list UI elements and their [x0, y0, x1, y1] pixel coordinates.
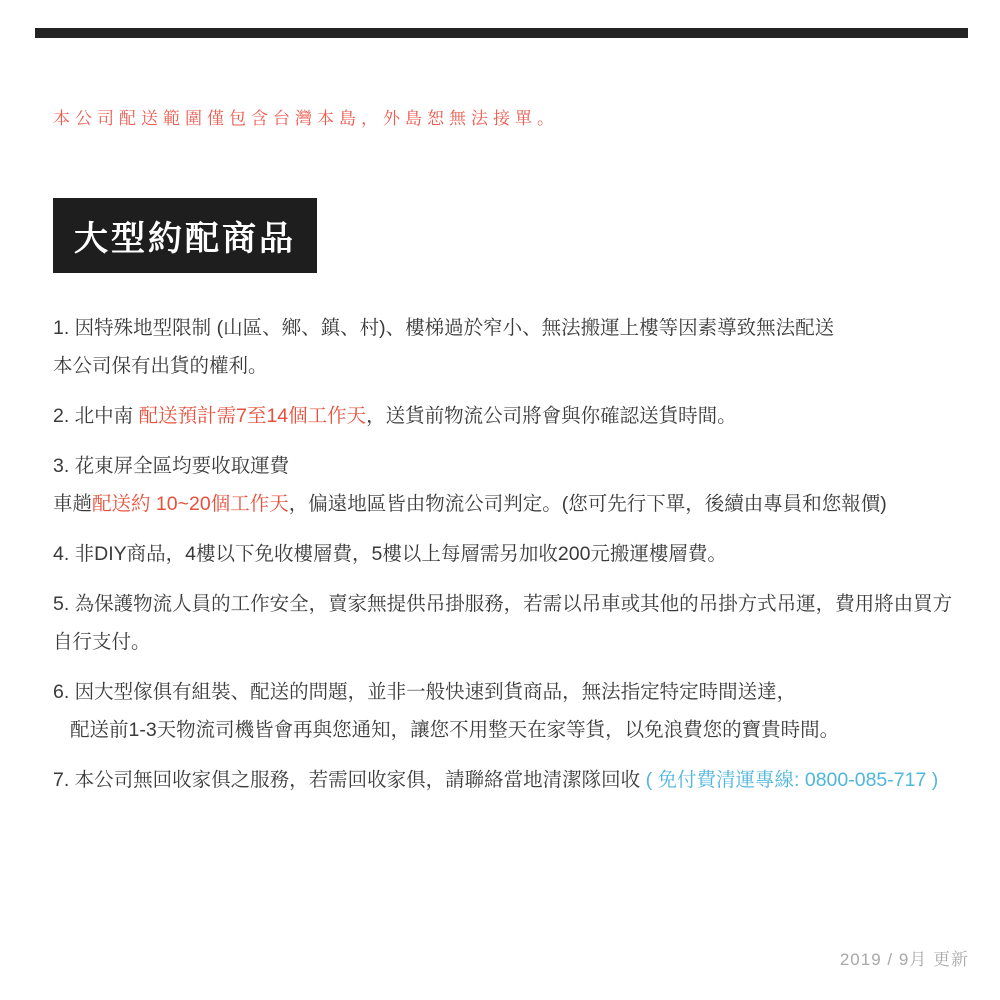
- body-text: ，偏遠地區皆由物流公司判定。(您可先行下單，後續由專員和您報價): [289, 493, 887, 515]
- policy-line: 本公司保有出貨的權利。: [53, 347, 965, 385]
- body-text: 配送前1-3天物流司機皆會再與您通知，讓您不用整天在家等貨，以免浪費您的寶貴時間…: [70, 719, 839, 741]
- body-text: 本公司保有出貨的權利。: [53, 355, 268, 377]
- body-text: 2. 北中南: [53, 405, 139, 427]
- policy-line: 6. 因大型傢俱有組裝、配送的問題，並非一般快速到貨商品，無法指定特定時間送達，: [53, 673, 965, 711]
- policy-item: 1. 因特殊地型限制 (山區、鄉、鎮、村)、樓梯過於窄小、無法搬運上樓等因素導致…: [53, 309, 965, 385]
- last-updated-label: 2019 / 9月 更新: [840, 945, 969, 970]
- top-divider-bar: [35, 28, 968, 38]
- red-highlight-text: 配送約 10~20個工作天: [92, 493, 289, 515]
- policy-item: 4. 非DIY商品，4樓以下免收樓層費，5樓以上每層需另加收200元搬運樓層費。: [53, 535, 965, 573]
- section-title: 大型約配商品: [74, 211, 296, 260]
- policy-line: 自行支付。: [53, 623, 965, 661]
- policy-item: 2. 北中南 配送預計需7至14個工作天，送貨前物流公司將會與你確認送貨時間。: [53, 397, 965, 435]
- delivery-scope-notice: 本公司配送範圍僅包含台灣本島，外島恕無法接單。: [53, 104, 559, 129]
- red-highlight-text: 配送預計需7至14個工作天: [139, 405, 367, 427]
- policy-line: 5. 為保護物流人員的工作安全，賣家無提供吊掛服務，若需以吊車或其他的吊掛方式吊…: [53, 585, 965, 623]
- body-text: 1. 因特殊地型限制 (山區、鄉、鎮、村)、樓梯過於窄小、無法搬運上樓等因素導致…: [53, 317, 834, 339]
- body-text: 7. 本公司無回收家俱之服務，若需回收家俱，請聯絡當地清潔隊回收: [53, 769, 646, 791]
- body-text: ，送貨前物流公司將會與你確認送貨時間。: [366, 405, 737, 427]
- body-text: 自行支付。: [53, 631, 151, 653]
- policy-line: 3. 花東屏全區均要收取運費: [53, 447, 965, 485]
- section-title-box: 大型約配商品: [53, 198, 317, 273]
- policy-line: 4. 非DIY商品，4樓以下免收樓層費，5樓以上每層需另加收200元搬運樓層費。: [53, 535, 965, 573]
- policy-item: 3. 花東屏全區均要收取運費車趟配送約 10~20個工作天，偏遠地區皆由物流公司…: [53, 447, 965, 523]
- policy-item: 5. 為保護物流人員的工作安全，賣家無提供吊掛服務，若需以吊車或其他的吊掛方式吊…: [53, 585, 965, 661]
- body-text: 4. 非DIY商品，4樓以下免收樓層費，5樓以上每層需另加收200元搬運樓層費。: [53, 543, 727, 565]
- policy-list: 1. 因特殊地型限制 (山區、鄉、鎮、村)、樓梯過於窄小、無法搬運上樓等因素導致…: [53, 309, 965, 811]
- policy-line: 車趟配送約 10~20個工作天，偏遠地區皆由物流公司判定。(您可先行下單，後續由…: [53, 485, 965, 523]
- policy-line: 1. 因特殊地型限制 (山區、鄉、鎮、村)、樓梯過於窄小、無法搬運上樓等因素導致…: [53, 309, 965, 347]
- shipping-policy-page: 本公司配送範圍僅包含台灣本島，外島恕無法接單。 大型約配商品 1. 因特殊地型限…: [0, 0, 1000, 1000]
- body-text: 3. 花東屏全區均要收取運費: [53, 455, 289, 477]
- body-text: 5. 為保護物流人員的工作安全，賣家無提供吊掛服務，若需以吊車或其他的吊掛方式吊…: [53, 593, 952, 615]
- blue-highlight-text: ( 免付費清運專線: 0800-085-717 ): [646, 769, 939, 791]
- body-text: 車趟: [53, 493, 92, 515]
- policy-line: 配送前1-3天物流司機皆會再與您通知，讓您不用整天在家等貨，以免浪費您的寶貴時間…: [53, 711, 965, 749]
- body-text: 6. 因大型傢俱有組裝、配送的問題，並非一般快速到貨商品，無法指定特定時間送達，: [53, 681, 796, 703]
- policy-line: 7. 本公司無回收家俱之服務，若需回收家俱，請聯絡當地清潔隊回收 ( 免付費清運…: [53, 761, 965, 799]
- policy-item: 7. 本公司無回收家俱之服務，若需回收家俱，請聯絡當地清潔隊回收 ( 免付費清運…: [53, 761, 965, 799]
- policy-item: 6. 因大型傢俱有組裝、配送的問題，並非一般快速到貨商品，無法指定特定時間送達，…: [53, 673, 965, 749]
- policy-line: 2. 北中南 配送預計需7至14個工作天，送貨前物流公司將會與你確認送貨時間。: [53, 397, 965, 435]
